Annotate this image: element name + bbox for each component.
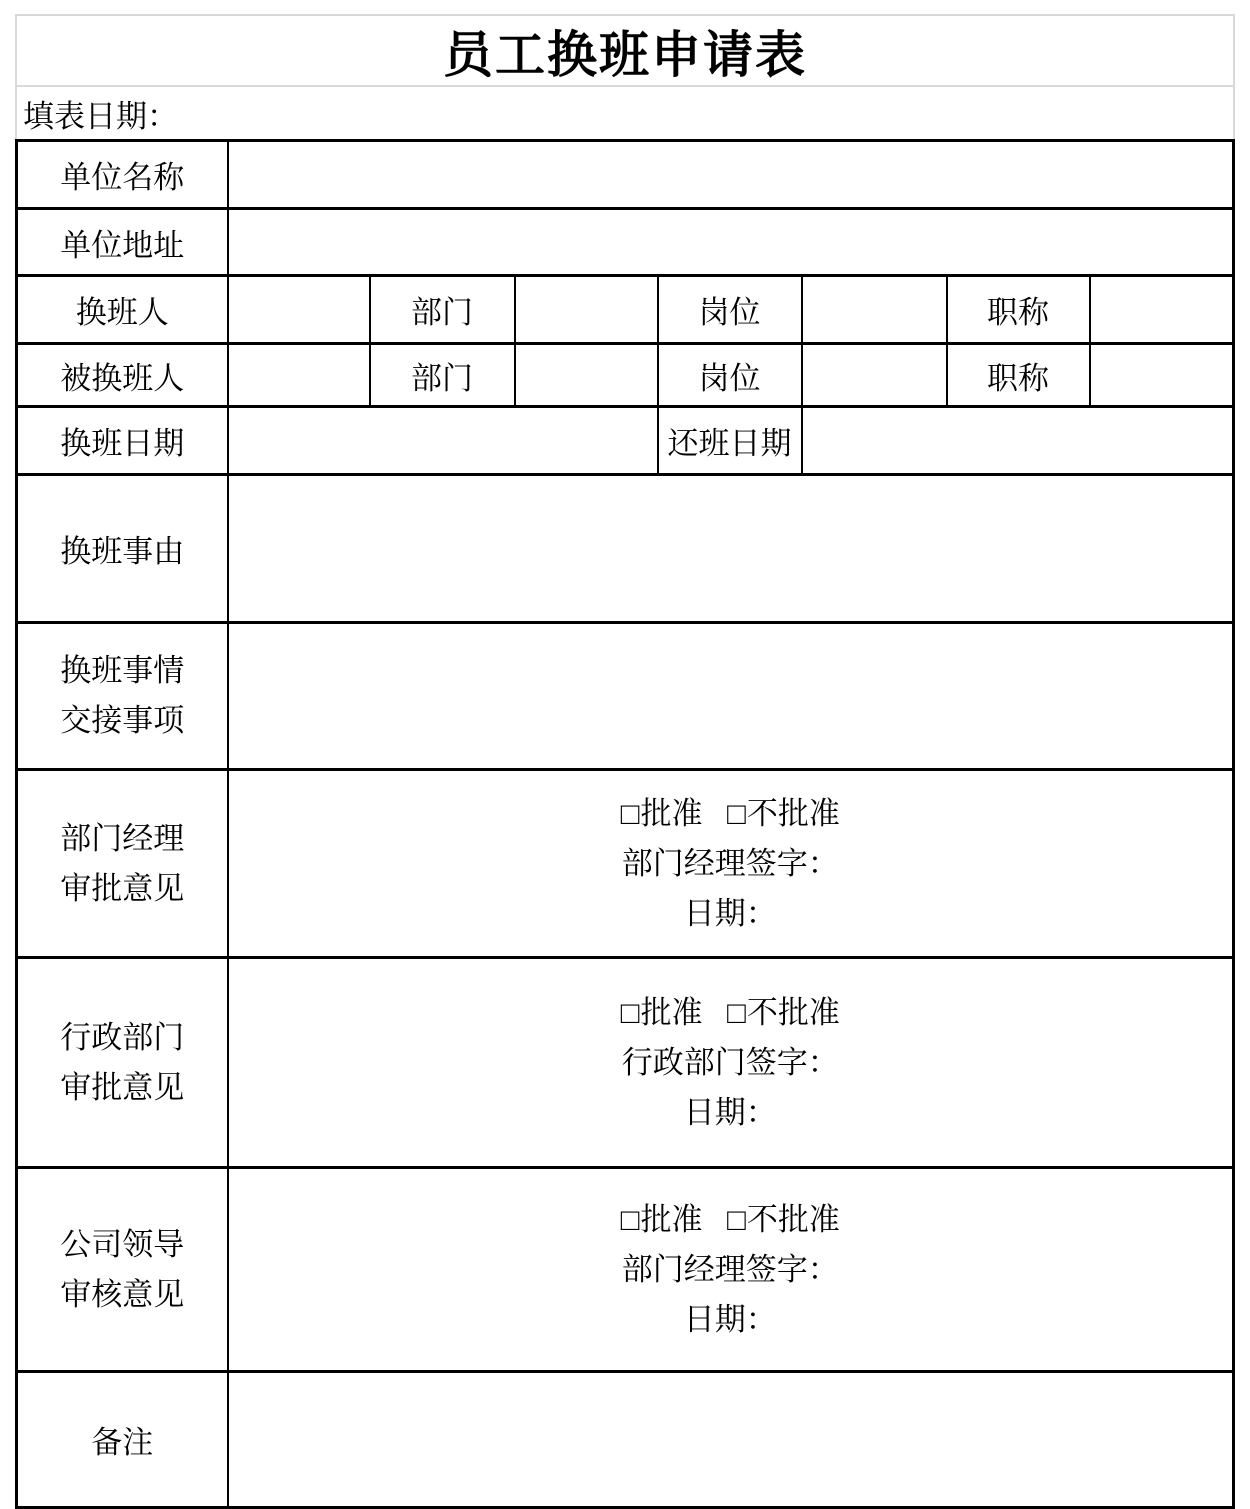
- dept-manager-approval-label-line2: 审批意见: [18, 864, 227, 914]
- swapped-row: 被换班人 部门 岗位 职称: [17, 344, 1234, 407]
- admin-dept-approve-label: 批准: [640, 995, 702, 1030]
- swapper-row: 换班人 部门 岗位 职称: [17, 276, 1234, 344]
- fill-date-label: 填表日期：: [23, 91, 178, 136]
- swap-date-value-cell[interactable]: [228, 407, 658, 475]
- return-date-label: 还班日期: [658, 407, 802, 475]
- swapped-position-label: 岗位: [658, 344, 802, 407]
- admin-dept-approval-label-line2: 审批意见: [18, 1063, 227, 1113]
- company-leader-approve-label: 批准: [640, 1202, 702, 1237]
- handover-value-cell[interactable]: [228, 623, 1234, 770]
- swapper-name-label: 换班人: [17, 276, 228, 344]
- swapper-department-label: 部门: [370, 276, 515, 344]
- swapped-position-value-cell[interactable]: [802, 344, 947, 407]
- handover-label-line1: 换班事情: [18, 646, 227, 696]
- checkbox-icon[interactable]: □: [727, 796, 746, 831]
- dept-manager-approve-checkbox[interactable]: □批准: [621, 796, 703, 831]
- unit-address-value-cell[interactable]: [228, 209, 1234, 276]
- checkbox-icon[interactable]: □: [621, 995, 640, 1030]
- reason-value-cell[interactable]: [228, 475, 1234, 623]
- dept-manager-approval-row: 部门经理 审批意见 □批准 □不批准 部门经理签字： 日期：: [17, 770, 1234, 958]
- shift-change-form-table: 单位名称 单位地址 换班人 部门 岗位 职称 被换班人 部门 岗位 职称: [15, 139, 1235, 1509]
- dates-row: 换班日期 还班日期: [17, 407, 1234, 475]
- dept-manager-date-label: 日期：: [229, 889, 1233, 939]
- unit-name-label: 单位名称: [17, 141, 228, 209]
- company-leader-review-row: 公司领导 审核意见 □批准 □不批准 部门经理签字： 日期：: [17, 1168, 1234, 1372]
- dept-manager-approve-label: 批准: [640, 796, 702, 831]
- fill-date-row: 填表日期：: [15, 87, 1235, 139]
- swapper-job-title-label: 职称: [947, 276, 1090, 344]
- dept-manager-approval-cell: □批准 □不批准 部门经理签字： 日期：: [228, 770, 1234, 958]
- dept-manager-approval-label-line1: 部门经理: [18, 814, 227, 864]
- remarks-value-cell[interactable]: [228, 1372, 1234, 1508]
- admin-dept-approval-label-line1: 行政部门: [18, 1013, 227, 1063]
- admin-dept-approval-cell: □批准 □不批准 行政部门签字： 日期：: [228, 958, 1234, 1168]
- admin-dept-approve-checkbox[interactable]: □批准: [621, 995, 703, 1030]
- company-leader-review-label-line1: 公司领导: [18, 1220, 227, 1270]
- company-leader-review-label-line2: 审核意见: [18, 1270, 227, 1320]
- admin-dept-checkbox-line: □批准 □不批准: [229, 988, 1233, 1038]
- swapper-position-label: 岗位: [658, 276, 802, 344]
- checkbox-icon[interactable]: □: [727, 995, 746, 1030]
- checkbox-icon[interactable]: □: [727, 1202, 746, 1237]
- admin-dept-reject-checkbox[interactable]: □不批准: [727, 995, 840, 1030]
- company-leader-date-label: 日期：: [229, 1295, 1233, 1345]
- checkbox-icon[interactable]: □: [621, 796, 640, 831]
- swapper-department-value-cell[interactable]: [515, 276, 658, 344]
- unit-name-value-cell[interactable]: [228, 141, 1234, 209]
- company-leader-signature-label: 部门经理签字：: [229, 1245, 1233, 1295]
- swap-date-label: 换班日期: [17, 407, 228, 475]
- swapped-job-title-value-cell[interactable]: [1090, 344, 1234, 407]
- company-leader-checkbox-line: □批准 □不批准: [229, 1195, 1233, 1245]
- page-title: 员工换班申请表: [443, 15, 807, 87]
- remarks-label: 备注: [17, 1372, 228, 1508]
- return-date-value-cell[interactable]: [802, 407, 1234, 475]
- unit-address-row: 单位地址: [17, 209, 1234, 276]
- dept-manager-signature-label: 部门经理签字：: [229, 839, 1233, 889]
- company-leader-reject-checkbox[interactable]: □不批准: [727, 1202, 840, 1237]
- reason-row: 换班事由: [17, 475, 1234, 623]
- checkbox-icon[interactable]: □: [621, 1202, 640, 1237]
- swapper-name-value-cell[interactable]: [228, 276, 370, 344]
- admin-dept-signature-label: 行政部门签字：: [229, 1038, 1233, 1088]
- swapped-name-value-cell[interactable]: [228, 344, 370, 407]
- admin-dept-approval-row: 行政部门 审批意见 □批准 □不批准 行政部门签字： 日期：: [17, 958, 1234, 1168]
- admin-dept-date-label: 日期：: [229, 1088, 1233, 1138]
- handover-label: 换班事情 交接事项: [17, 623, 228, 770]
- dept-manager-reject-label: 不批准: [747, 796, 840, 831]
- admin-dept-reject-label: 不批准: [747, 995, 840, 1030]
- admin-dept-approval-label: 行政部门 审批意见: [17, 958, 228, 1168]
- swapped-department-label: 部门: [370, 344, 515, 407]
- title-block: 员工换班申请表: [15, 14, 1235, 87]
- company-leader-approve-checkbox[interactable]: □批准: [621, 1202, 703, 1237]
- reason-label: 换班事由: [17, 475, 228, 623]
- company-leader-review-cell: □批准 □不批准 部门经理签字： 日期：: [228, 1168, 1234, 1372]
- swapped-job-title-label: 职称: [947, 344, 1090, 407]
- handover-row: 换班事情 交接事项: [17, 623, 1234, 770]
- unit-name-row: 单位名称: [17, 141, 1234, 209]
- company-leader-review-label: 公司领导 审核意见: [17, 1168, 228, 1372]
- company-leader-reject-label: 不批准: [747, 1202, 840, 1237]
- dept-manager-checkbox-line: □批准 □不批准: [229, 789, 1233, 839]
- dept-manager-approval-label: 部门经理 审批意见: [17, 770, 228, 958]
- swapped-department-value-cell[interactable]: [515, 344, 658, 407]
- swapper-job-title-value-cell[interactable]: [1090, 276, 1234, 344]
- dept-manager-reject-checkbox[interactable]: □不批准: [727, 796, 840, 831]
- swapper-position-value-cell[interactable]: [802, 276, 947, 344]
- form-page: 员工换班申请表 填表日期： 单位名称 单位地址 换班人 部门 岗位 职称: [0, 14, 1250, 1509]
- swapped-name-label: 被换班人: [17, 344, 228, 407]
- remarks-row: 备注: [17, 1372, 1234, 1508]
- handover-label-line2: 交接事项: [18, 696, 227, 746]
- unit-address-label: 单位地址: [17, 209, 228, 276]
